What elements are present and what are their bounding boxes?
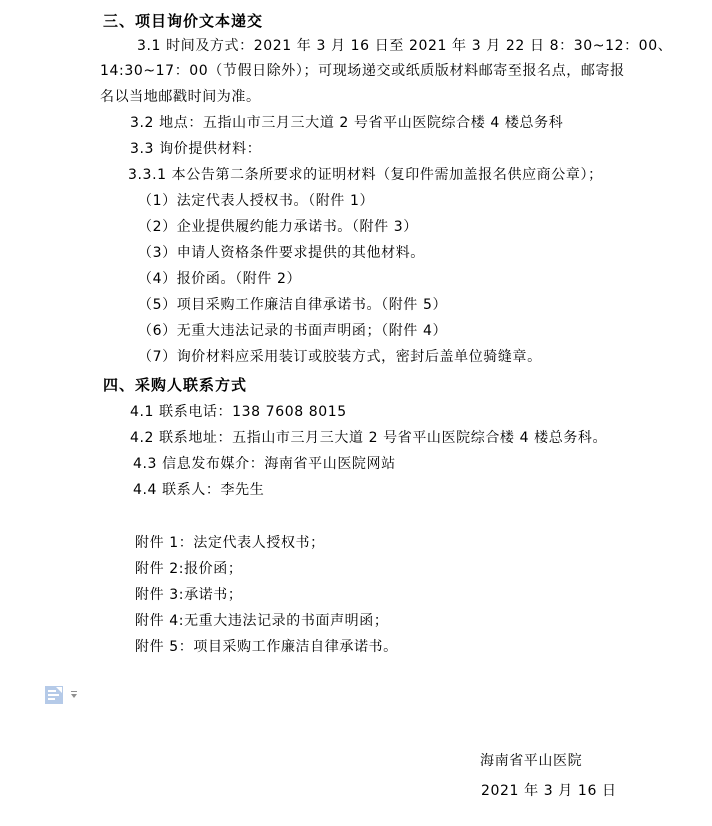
para-3-3: 3.3 询价提供材料： — [130, 141, 261, 158]
list-item-5: （5）项目采购工作廉洁自律承诺书。（附件 5） — [138, 297, 447, 314]
section-3-heading: 三、项目询价文本递交 — [103, 13, 263, 30]
list-item-6: （6）无重大违法记录的书面声明函；（附件 4） — [138, 323, 447, 340]
list-item-3: （3）申请人资格条件要求提供的其他材料。 — [138, 245, 425, 262]
para-4-1: 4.1 联系电话：138 7608 8015 — [130, 404, 347, 421]
attachment-2: 附件 2:报价函； — [135, 561, 242, 578]
list-item-2: （2）企业提供履约能力承诺书。（附件 3） — [138, 219, 418, 236]
para-4-4: 4.4 联系人：李先生 — [133, 482, 264, 499]
para-3-2: 3.2 地点：五指山市三月三大道 2 号省平山医院综合楼 4 楼总务科 — [130, 115, 563, 132]
para-3-3-1: 3.3.1 本公告第二条所要求的证明材料（复印件需加盖报名供应商公章）； — [128, 167, 603, 184]
section-4-heading: 四、采购人联系方式 — [103, 377, 247, 394]
list-item-4: （4）报价函。（附件 2） — [138, 271, 301, 288]
list-item-7: （7）询价材料应采用装订或胶装方式，密封后盖单位骑缝章。 — [138, 349, 542, 366]
attachment-4: 附件 4:无重大违法记录的书面声明函； — [135, 613, 388, 630]
paste-options-button[interactable] — [43, 684, 83, 706]
attachment-1: 附件 1：法定代表人授权书； — [135, 535, 325, 552]
dropdown-caret-icon — [70, 691, 78, 699]
signature-date: 2021 年 3 月 16 日 — [481, 783, 617, 800]
list-item-1: （1）法定代表人授权书。（附件 1） — [138, 193, 374, 210]
para-4-3: 4.3 信息发布媒介：海南省平山医院网站 — [133, 456, 396, 473]
para-3-1-line1: 3.1 时间及方式：2021 年 3 月 16 日至 2021 年 3 月 22… — [137, 38, 672, 55]
para-3-1-line3: 名以当地邮戳时间为准。 — [100, 89, 261, 106]
document-page: 三、项目询价文本递交 3.1 时间及方式：2021 年 3 月 16 日至 20… — [0, 0, 712, 826]
attachment-3: 附件 3:承诺书； — [135, 587, 242, 604]
para-4-2: 4.2 联系地址：五指山市三月三大道 2 号省平山医院综合楼 4 楼总务科。 — [130, 430, 607, 447]
signature-org: 海南省平山医院 — [480, 753, 582, 770]
para-3-1-line2: 14:30~17：00（节假日除外）；可现场递交或纸质版材料邮寄至报名点，邮寄报 — [100, 63, 625, 80]
paste-options-icon — [45, 686, 63, 704]
attachment-5: 附件 5：项目采购工作廉洁自律承诺书。 — [135, 639, 398, 656]
